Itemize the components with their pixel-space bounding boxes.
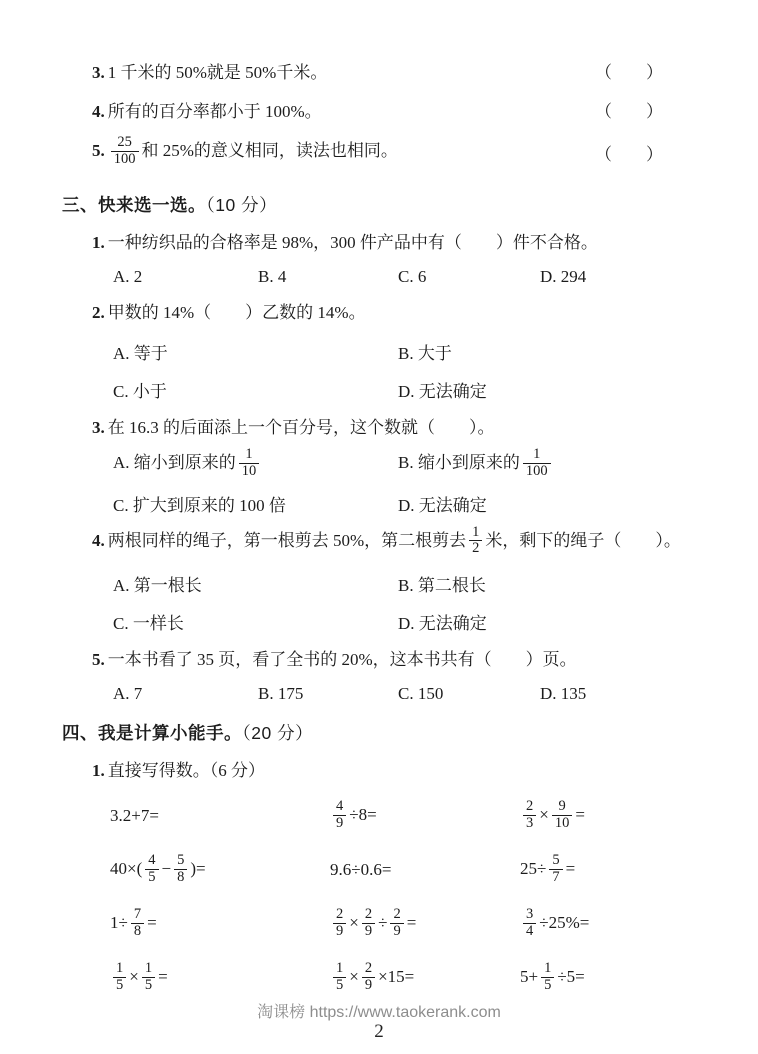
mc-q5-option-a[interactable]: A. 7: [113, 684, 258, 704]
tf-question-5-text: 5.25100和 25%的意义相同，读法也相同。: [92, 136, 595, 168]
mc-q3-option-d[interactable]: D. 无法确定: [398, 491, 758, 516]
section-3-score: （10 分）: [206, 195, 277, 215]
math-worksheet: 3.1 千米的 50%就是 50%千米。 （ ） 4.所有的百分率都小于 100…: [0, 0, 758, 1054]
calc-problem-4-3[interactable]: 5+15÷5=: [520, 962, 758, 994]
calculation-section: 四、我是计算小能手。（20 分） 1.直接写得数。（6 分） 3.2+7= 49…: [0, 720, 758, 1006]
calc-problem-4-1[interactable]: 15×15=: [110, 962, 330, 994]
calc-problem-1-3[interactable]: 23×910=: [520, 800, 758, 832]
mc-q1-option-b[interactable]: B. 4: [258, 267, 398, 287]
mc-q2-option-d[interactable]: D. 无法确定: [398, 377, 758, 402]
mc-q5-option-b[interactable]: B. 175: [258, 684, 398, 704]
section-3-title: 三、快来选一选。: [62, 195, 206, 215]
mc-question-5-options: A. 7 B. 175 C. 150 D. 135: [113, 684, 758, 704]
true-false-section: 3.1 千米的 50%就是 50%千米。 （ ） 4.所有的百分率都小于 100…: [0, 58, 758, 168]
tf-question-3: 3.1 千米的 50%就是 50%千米。 （ ）: [92, 58, 663, 83]
tf-question-4-answer-blank[interactable]: （ ）: [595, 97, 663, 122]
mc-q5-option-c[interactable]: C. 150: [398, 684, 540, 704]
mc-q2-option-b[interactable]: B. 大于: [398, 339, 758, 364]
mc-question-4-options-row2: C. 一样长 D. 无法确定: [113, 609, 758, 634]
calc-row-4: 15×15= 15×29×15= 5+15÷5=: [110, 951, 758, 1005]
mc-q5-option-d[interactable]: D. 135: [540, 684, 758, 704]
calc-problem-3-2[interactable]: 29×29÷29=: [330, 908, 520, 940]
tf-question-5-answer-blank[interactable]: （ ）: [595, 140, 663, 165]
mc-question-3-options-row2: C. 扩大到原来的 100 倍 D. 无法确定: [113, 491, 758, 516]
tf-question-4: 4.所有的百分率都小于 100%。 （ ）: [92, 97, 663, 122]
calc-subsection-title: 1.直接写得数。（6 分）: [92, 759, 718, 784]
mc-q4-option-b[interactable]: B. 第二根长: [398, 571, 758, 596]
calc-problem-4-2[interactable]: 15×29×15=: [330, 962, 520, 994]
page-number: 2: [0, 1021, 758, 1043]
mc-q4-option-c[interactable]: C. 一样长: [113, 609, 398, 634]
mc-question-2-stem: 2.甲数的 14%（ ）乙数的 14%。: [92, 301, 718, 326]
mc-question-2-options-row1: A. 等于 B. 大于: [113, 339, 758, 364]
tf-question-3-answer-blank[interactable]: （ ）: [595, 58, 663, 83]
mc-question-3-stem: 3.在 16.3 的后面添上一个百分号，这个数就（ ）。: [92, 416, 718, 441]
mc-q1-option-d[interactable]: D. 294: [540, 267, 758, 287]
section-3-header: 三、快来选一选。（10 分）: [62, 192, 758, 217]
calc-problem-2-1[interactable]: 40×(45−58)=: [110, 854, 330, 886]
section-4-score: （20 分）: [242, 723, 313, 743]
tf-question-4-text: 4.所有的百分率都小于 100%。: [92, 97, 595, 122]
site-watermark: 淘课榜 https://www.taokerank.com: [0, 999, 758, 1022]
mc-q1-option-a[interactable]: A. 2: [113, 267, 258, 287]
section-4-title: 四、我是计算小能手。: [62, 723, 242, 743]
calc-problem-1-2[interactable]: 49÷8=: [330, 800, 520, 832]
calc-row-2: 40×(45−58)= 9.6÷0.6= 25÷57=: [110, 843, 758, 897]
calc-problem-3-3[interactable]: 34÷25%=: [520, 908, 758, 940]
tf-question-5: 5.25100和 25%的意义相同，读法也相同。 （ ）: [92, 136, 663, 168]
section-4-header: 四、我是计算小能手。（20 分）: [62, 720, 758, 745]
mc-q3-option-a[interactable]: A. 缩小到原来的110: [113, 448, 398, 480]
mc-q3-option-b[interactable]: B. 缩小到原来的1100: [398, 448, 758, 480]
calc-problem-2-2[interactable]: 9.6÷0.6=: [330, 860, 520, 880]
mc-question-4-options-row1: A. 第一根长 B. 第二根长: [113, 571, 758, 596]
worksheet-page: { "true_false": { "items": [ { "tokens":…: [0, 0, 758, 1054]
mc-question-5-stem: 5.一本书看了 35 页，看了全书的 20%，这本书共有（ ）页。: [92, 648, 718, 673]
mc-question-1-options: A. 2 B. 4 C. 6 D. 294: [113, 267, 758, 287]
calc-row-1: 3.2+7= 49÷8= 23×910=: [110, 789, 758, 843]
mc-q2-option-c[interactable]: C. 小于: [113, 377, 398, 402]
mc-q4-option-d[interactable]: D. 无法确定: [398, 609, 758, 634]
mc-q4-option-a[interactable]: A. 第一根长: [113, 571, 398, 596]
calc-row-3: 1÷78= 29×29÷29= 34÷25%=: [110, 897, 758, 951]
mc-q3-option-c[interactable]: C. 扩大到原来的 100 倍: [113, 491, 398, 516]
multiple-choice-section: 三、快来选一选。（10 分） 1.一种纺织品的合格率是 98%，300 件产品中…: [0, 192, 758, 703]
calc-problem-1-1[interactable]: 3.2+7=: [110, 806, 330, 826]
tf-question-3-text: 3.1 千米的 50%就是 50%千米。: [92, 58, 595, 83]
mc-q1-option-c[interactable]: C. 6: [398, 267, 540, 287]
mc-question-3-options-row1: A. 缩小到原来的110 B. 缩小到原来的1100: [113, 448, 758, 480]
mc-q2-option-a[interactable]: A. 等于: [113, 339, 398, 364]
mc-question-2-options-row2: C. 小于 D. 无法确定: [113, 377, 758, 402]
mc-question-1-stem: 1.一种纺织品的合格率是 98%，300 件产品中有（ ）件不合格。: [92, 231, 718, 256]
calc-problem-3-1[interactable]: 1÷78=: [110, 908, 330, 940]
calc-problem-2-3[interactable]: 25÷57=: [520, 854, 758, 886]
mc-question-4-stem: 4.两根同样的绳子，第一根剪去 50%，第二根剪去12米，剩下的绳子（ ）。: [92, 526, 718, 558]
